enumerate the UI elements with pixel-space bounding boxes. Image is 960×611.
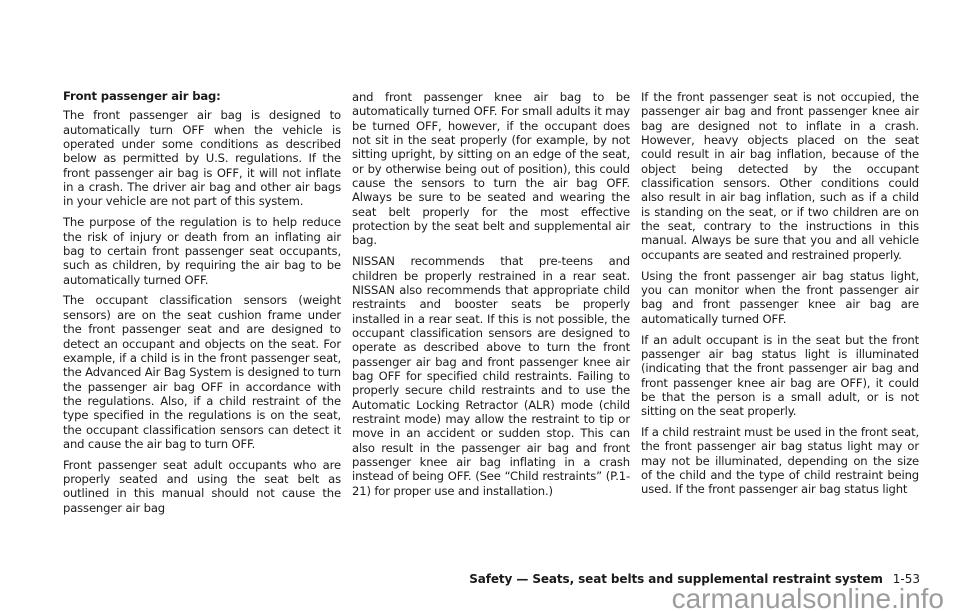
text-column-3: If the front passenger seat is not occu­… [641, 90, 919, 503]
paragraph: The occupant classification sensors (wei… [63, 293, 341, 451]
paragraph: NISSAN recommends that pre-teens and chi… [352, 254, 630, 498]
paragraph: Using the front passenger air bag status… [641, 269, 919, 326]
text-column-2: and front passenger knee air bag to be a… [352, 90, 630, 505]
paragraph: The purpose of the regulation is to help… [63, 215, 341, 287]
manual-page: Front passenger air bag: The front passe… [0, 0, 960, 611]
text-column-1: Front passenger air bag: The front passe… [63, 89, 341, 522]
section-heading: Front passenger air bag: [63, 89, 341, 103]
paragraph: and front passenger knee air bag to be a… [352, 90, 630, 248]
paragraph: If the front passenger seat is not occu­… [641, 90, 919, 262]
paragraph: If an adult occupant is in the seat but … [641, 333, 919, 419]
paragraph: Front passenger seat adult occupants who… [63, 458, 341, 515]
watermark: carmanualsonline.info [672, 585, 944, 611]
paragraph: If a child restraint must be used in the… [641, 425, 919, 497]
paragraph: The front passenger air bag is designed … [63, 108, 341, 208]
